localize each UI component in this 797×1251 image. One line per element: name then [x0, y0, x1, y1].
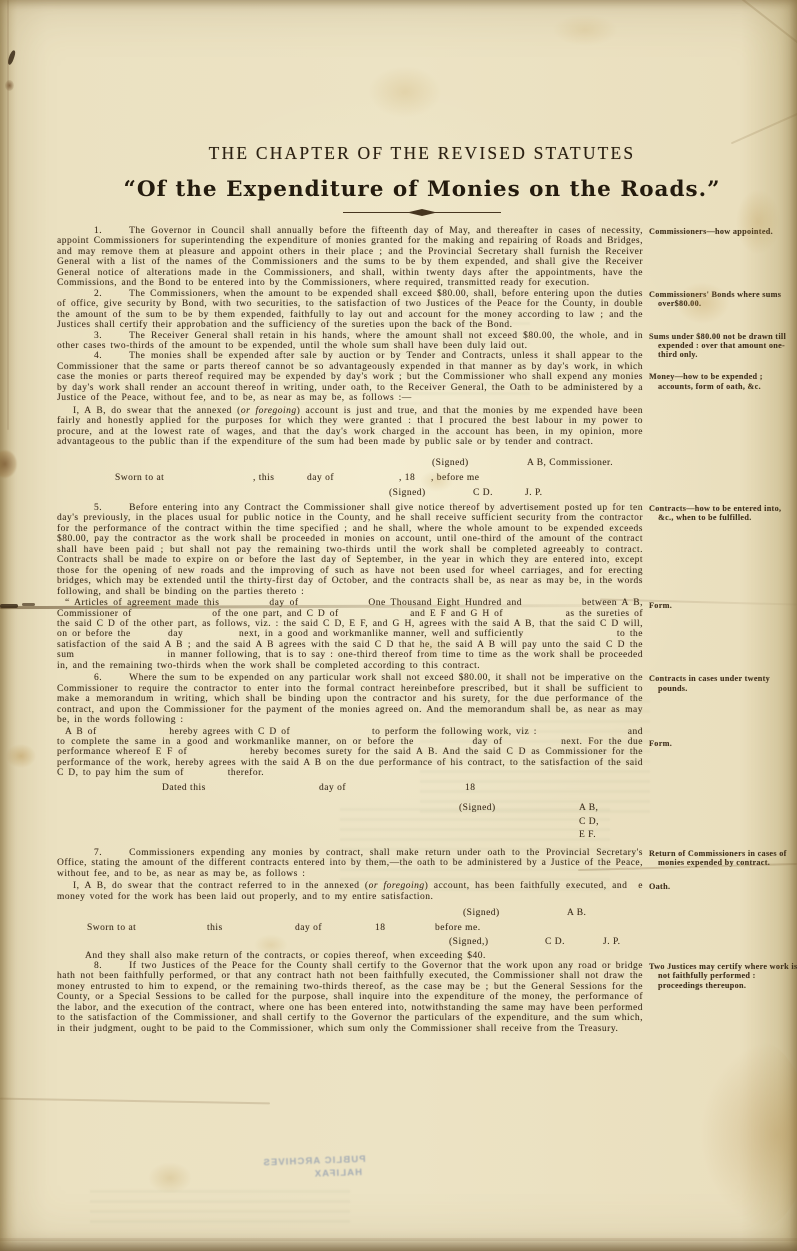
- section-number: 3.: [94, 331, 102, 341]
- divider-rule: [343, 212, 501, 213]
- section-number: 7.: [94, 848, 102, 858]
- form-text: “ Articles of agreement made this day of…: [57, 598, 643, 671]
- signature-row-parties: (Signed) A B,: [57, 803, 643, 815]
- signature-row-parties: E F.: [57, 830, 643, 842]
- margin-note-oath: Oath.: [649, 882, 797, 891]
- articles-of-agreement-form: “ Articles of agreement made this day of…: [57, 598, 787, 671]
- ink-mark: [7, 50, 16, 66]
- signature-row-commissioner: (Signed) A B, Commissioner.: [57, 458, 643, 470]
- fold-crease: [0, 1098, 270, 1105]
- section-text: Commissioners expending any monies by co…: [57, 848, 643, 879]
- sworn-row: Sworn to at , this day of , 18 , before …: [57, 473, 643, 485]
- signed-label: (Signed): [463, 908, 500, 918]
- paragraph-1: 1.The Governor in Council shall annually…: [57, 226, 643, 289]
- signed-label: (Signed): [389, 488, 426, 498]
- this-label: , this: [253, 473, 274, 483]
- oath-text-italic: or foregoing: [241, 406, 297, 416]
- margin-note-money-how-expended: Money—how to be expended ; accounts, for…: [649, 372, 797, 391]
- section-text: The Governor in Council shall annually b…: [57, 226, 643, 288]
- return-of-contracts-line: And they shall also make return of the c…: [57, 951, 787, 961]
- margin-note-return-of-commissioners: Return of Commissioners in cases of moni…: [649, 849, 797, 868]
- paragraph-7: 7.Commissioners expending any monies by …: [57, 848, 643, 879]
- before-me-label: , before me: [431, 473, 480, 483]
- margin-note-contracts-under-twenty: Contracts in cases under twenty pounds.: [649, 674, 797, 693]
- ink-dash-mark: [22, 603, 35, 606]
- signature-name: E F.: [579, 830, 596, 840]
- signed-label: (Signed,): [449, 937, 489, 947]
- year-18-label: , 18: [399, 473, 415, 483]
- paragraph-4: 4.The monies shall be expended after sal…: [57, 351, 643, 403]
- sworn-to-at-label: Sworn to at: [115, 473, 164, 483]
- document-header: THE CHAPTER OF THE REVISED STATUTES “Of …: [57, 0, 787, 213]
- section-3: 3.The Receiver General shall retain in h…: [57, 331, 787, 352]
- oath-text-pre: I, A B, do swear that the annexed (: [73, 406, 241, 416]
- signature-row-justice: (Signed,) C D. J. P.: [57, 937, 643, 949]
- section-6: 6.Where the sum to be expended on any pa…: [57, 673, 787, 725]
- paragraph-2: 2.The Commissioners, when the amount to …: [57, 289, 643, 331]
- section-number: 2.: [94, 289, 102, 299]
- section-text: The monies shall be expended after sale …: [57, 351, 643, 403]
- signed-label: (Signed): [459, 803, 496, 813]
- signature-name: A B.: [567, 908, 586, 918]
- form-text: A B of hereby agrees with C D of to perf…: [57, 727, 643, 779]
- sworn-to-at-label: Sworn to at: [87, 923, 136, 933]
- margin-note-form: Form.: [649, 739, 797, 748]
- signature-name: C D.: [473, 488, 493, 498]
- day-of-label: day of: [295, 923, 322, 933]
- this-label: this: [207, 923, 223, 933]
- page-title: THE CHAPTER OF THE REVISED STATUTES: [57, 143, 787, 164]
- oath-of-contract: I, A B, do swear that the contract refer…: [57, 881, 787, 902]
- ink-dash-mark: [0, 604, 18, 608]
- paragraph-8: 8.If two Justices of the Peace for the C…: [57, 961, 643, 1034]
- oath-of-commissioner: I, A B, do swear that the annexed (or fo…: [57, 406, 787, 448]
- paper-stain: [148, 1162, 192, 1194]
- paper-stain: [700, 1040, 797, 1230]
- margin-note-two-justices-certify: Two Justices may certify where work is n…: [649, 962, 797, 990]
- section-number: 4.: [94, 351, 102, 361]
- dated-this-label: Dated this: [162, 783, 206, 793]
- scanned-document-page: THE CHAPTER OF THE REVISED STATUTES “Of …: [0, 0, 797, 1251]
- section-text: Before entering into any Contract the Co…: [57, 503, 643, 597]
- ink-bleedthrough: [90, 1190, 350, 1230]
- section-number: 1.: [94, 226, 102, 236]
- before-me-label: before me.: [435, 923, 481, 933]
- year-18-label: 18: [465, 783, 476, 793]
- margin-note-commissioners-bonds: Commissioners' Bonds where sums over$80.…: [649, 290, 797, 309]
- section-4: 4.The monies shall be expended after sal…: [57, 351, 787, 403]
- margin-note-commissioners-appointed: Commissioners—how appointed.: [649, 227, 797, 236]
- oath-text-italic: or foregoing: [369, 881, 425, 891]
- sworn-row: Sworn to at this day of 18 before me.: [57, 923, 643, 935]
- section-text: The Receiver General shall retain in his…: [57, 331, 643, 351]
- section-number: 6.: [94, 673, 102, 683]
- signature-name: A B, Commissioner.: [527, 458, 613, 468]
- margin-note-form: Form.: [649, 601, 797, 610]
- signature-row-commissioner: (Signed) A B.: [57, 908, 643, 920]
- oath-text: I, A B, do swear that the annexed (or fo…: [57, 406, 643, 448]
- section-number: 8.: [94, 961, 102, 971]
- section-text: If two Justices of the Peace for the Cou…: [57, 961, 643, 1034]
- page-edge-shadow: [0, 1238, 797, 1241]
- diamond-ornament: [407, 209, 437, 216]
- oath-text-pre: I, A B, do swear that the contract refer…: [73, 881, 369, 891]
- signed-label: (Signed): [432, 458, 469, 468]
- signature-name: C D.: [545, 937, 565, 947]
- section-2: 2.The Commissioners, when the amount to …: [57, 289, 787, 331]
- year-18-label: 18: [375, 923, 386, 933]
- justice-initials: J. P.: [525, 488, 543, 498]
- dated-row: Dated this day of 18: [57, 783, 643, 795]
- section-number: 5.: [94, 503, 102, 513]
- section-8: 8.If two Justices of the Peace for the C…: [57, 961, 787, 1034]
- signature-row-parties: C D,: [57, 817, 643, 829]
- section-text: The Commissioners, when the amount to be…: [57, 289, 643, 330]
- oath-text: I, A B, do swear that the contract refer…: [57, 881, 643, 902]
- signature-row-justice: (Signed) C D. J. P.: [57, 488, 643, 500]
- day-of-label: day of: [307, 473, 334, 483]
- paragraph-6: 6.Where the sum to be expended on any pa…: [57, 673, 643, 725]
- signature-name: A B,: [579, 803, 598, 813]
- section-1: 1.The Governor in Council shall annually…: [57, 226, 787, 289]
- day-of-label: day of: [319, 783, 346, 793]
- justice-initials: J. P.: [603, 937, 621, 947]
- return-line-text: And they shall also make return of the c…: [57, 951, 643, 961]
- paper-stain: [6, 744, 36, 768]
- margin-note-contracts-entered: Contracts—how to be entered into, &c., w…: [649, 504, 797, 523]
- paper-stain: [5, 80, 14, 91]
- section-text: Where the sum to be expended on any part…: [57, 673, 643, 725]
- paragraph-5: 5.Before entering into any Contract the …: [57, 503, 643, 597]
- signature-name: C D,: [579, 817, 599, 827]
- document-body: 1.The Governor in Council shall annually…: [57, 226, 787, 1034]
- page-subtitle: “Of the Expenditure of Monies on the Roa…: [57, 177, 787, 202]
- section-5: 5.Before entering into any Contract the …: [57, 503, 787, 597]
- archives-stamp-bleedthrough: PUBLIC ARCHIVES HALIFAX: [243, 1153, 366, 1193]
- paper-stain: [0, 450, 17, 478]
- section-7: 7.Commissioners expending any monies by …: [57, 848, 787, 879]
- paragraph-3: 3.The Receiver General shall retain in h…: [57, 331, 643, 352]
- memorandum-form: A B of hereby agrees with C D of to perf…: [57, 727, 787, 779]
